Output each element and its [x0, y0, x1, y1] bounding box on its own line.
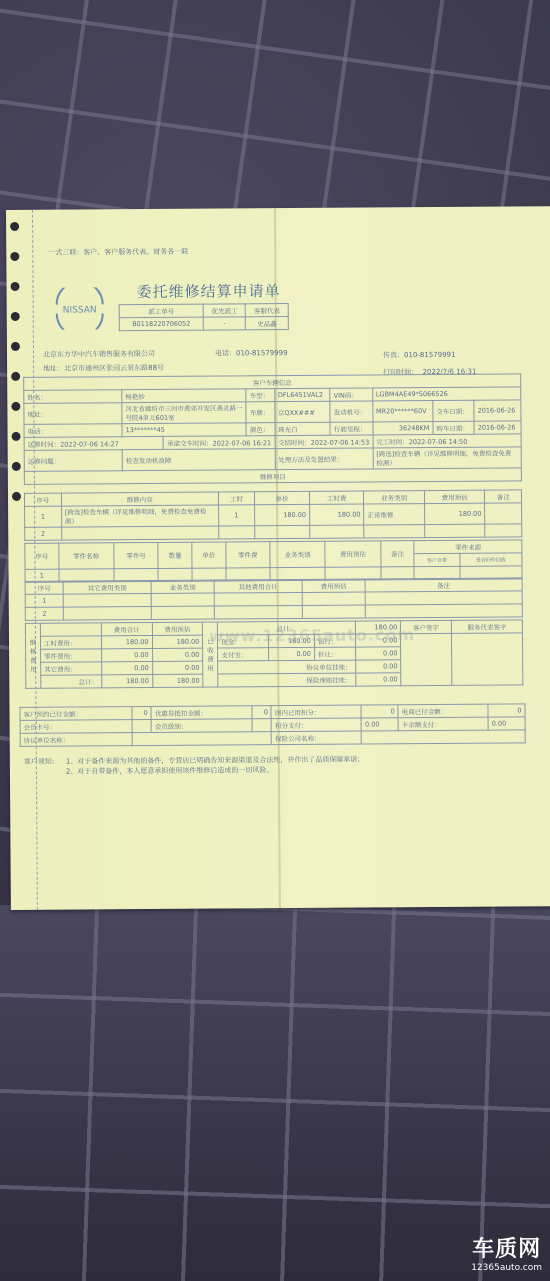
work-order-number: B01182207060​52 [119, 317, 203, 331]
table-row: 2 [25, 604, 522, 620]
repair-settlement-form: 一式三联：客户、客户服务代表、财务各一联 NISSAN 委托维修结算申请单 派工… [6, 206, 550, 910]
phone: 电话：010-81579999 [215, 348, 288, 359]
form-title: 委托维修结算申请单 [136, 280, 280, 302]
car-seat-cushion [0, 905, 550, 1281]
site-brand-name: 车质网 [471, 1232, 542, 1263]
company-name: 北京东方华中汽车销售服务有限公司 [43, 349, 155, 360]
table-row: 2 [25, 524, 522, 540]
customer-info-table: 客户车辆信息 姓名：杨艳妙车型：DFL6451VAL2VIN码：LGBM4AE4… [23, 373, 522, 484]
site-brand-watermark: 车质网 12365auto.com [471, 1232, 542, 1273]
labor-items-table: 序号维修内容工时单价 工时费业务类别费用预估备注 1[跨选]检查车辆（详见维修明… [24, 489, 522, 540]
customer-notice-label: 客户须知： [24, 757, 59, 767]
site-brand-url: 12365auto.com [471, 1263, 542, 1273]
svg-text:NISSAN: NISSAN [63, 305, 97, 315]
copies-note: 一式三联：客户、客户服务代表、财务各一联 [48, 247, 188, 258]
fax: 传真：010-81579991 [383, 350, 456, 361]
nissan-logo-icon: NISSAN [49, 287, 111, 329]
address: 地址：北京市通州区张园云景东路88号 [43, 363, 164, 374]
other-fees-table: 序号其它费用类别业务类别 其他费用合计费用预估备注 1 2 [25, 577, 523, 620]
tractor-feed-holes [10, 222, 21, 522]
rep-signature-box [452, 633, 523, 685]
work-order-table: 派工单号优先派工客服代表 B01182207060​52-史品鑫 [119, 303, 289, 331]
watermark: www.12365auto.com [209, 625, 415, 645]
parts-table: 序号零件名称零件号 数量单价零件费 业务类别费用预估备注 零件来源 客户自带是否… [24, 539, 522, 582]
payment-footer-table: 客户预约已付金额：0 优惠券抵扣金额：0 国内已用积分：0 电商已付金额：0 会… [19, 703, 525, 747]
customer-notice-2: 2、对于自带备件，本人愿意承担使用该件维修后造成的一切风险。 [66, 765, 274, 776]
service-rep: 史品鑫 [246, 317, 289, 330]
